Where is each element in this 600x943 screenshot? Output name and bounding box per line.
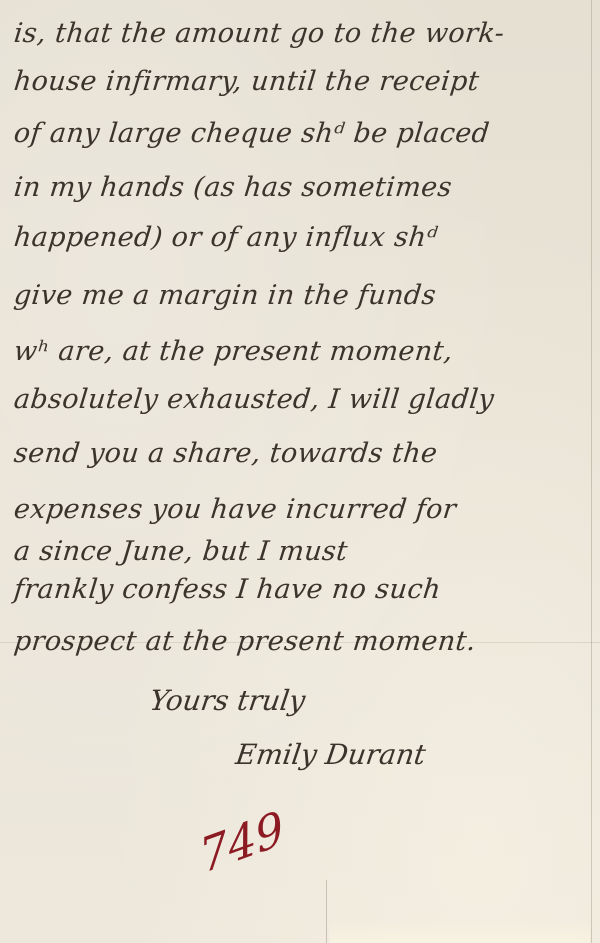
letter-line-2: house infirmary, until the receipt	[12, 66, 480, 97]
letter-line-6: give me a margin in the funds	[12, 280, 437, 311]
letter-line-9: send you a share, towards the	[12, 438, 439, 469]
letter-line-8: absolutely exhausted, I will gladly	[12, 384, 495, 415]
paper-edge	[591, 0, 592, 943]
letter-line-3: of any large cheque shᵈ be placed	[12, 118, 491, 149]
paper-fold-vertical	[326, 880, 327, 943]
archive-number-annotation: 749	[196, 800, 288, 884]
letter-line-1: is, that the amount go to the work-	[12, 18, 506, 49]
letter-line-11: a since June, but I must	[12, 536, 349, 567]
signature: Emily Durant	[234, 738, 428, 771]
letter-line-5: happened) or of any influx shᵈ	[12, 222, 439, 253]
closing-salutation: Yours truly	[148, 684, 308, 717]
letter-line-12: frankly confess I have no such	[12, 574, 442, 605]
letter-page: is, that the amount go to the work- hous…	[0, 0, 600, 943]
letter-line-4: in my hands (as has sometimes	[12, 172, 453, 203]
letter-line-13: prospect at the present moment.	[12, 626, 477, 657]
letter-line-10: expenses you have incurred for	[12, 494, 458, 525]
letter-line-7: wʰ are, at the present moment,	[12, 336, 454, 367]
paper-glare	[330, 921, 590, 943]
